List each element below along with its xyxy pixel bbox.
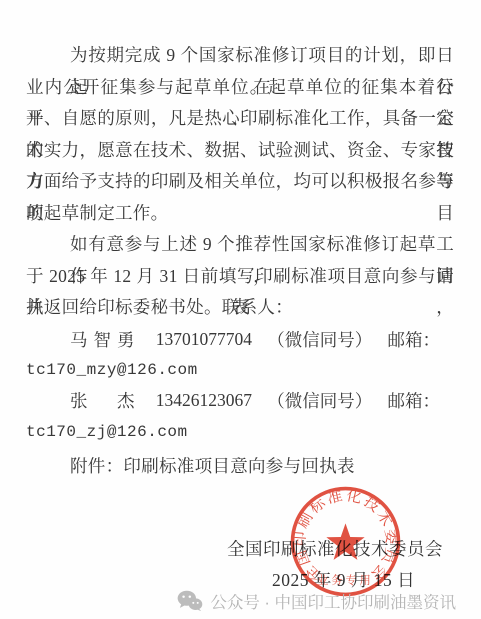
body-line: 业内公开征集参与起草单位。起草单位的征集本着公开、公 (26, 72, 454, 104)
contact-row: 马智勇 13701077704 （微信同号） 邮箱： (26, 324, 454, 356)
attachment-note: 附件：印刷标准项目意向参与回执表 (26, 451, 454, 483)
contact-name: 马智勇 (70, 327, 141, 352)
contact-wechat-note: （微信同号） (267, 327, 372, 352)
body-line: 方面给予支持的印刷及相关单位，均可以积极报名参与项目 (26, 166, 454, 198)
contact-wechat-note: （微信同号） (267, 388, 372, 413)
official-seal: 全国印刷标准化技术委员会 业务专用 (287, 483, 404, 600)
body-line: 为按期完成 9 个国家标准修订项目的计划，即日起在行 (26, 40, 454, 72)
contact-phone: 13426123067 (156, 390, 252, 411)
seal-bottom-text: 业务专用 (317, 573, 373, 587)
contact-phone: 13701077704 (156, 329, 252, 350)
contact-email-label: 邮箱： (388, 327, 441, 352)
body-line: 平、自愿的原则，凡是热心印刷标准化工作，具备一定的技 (26, 103, 454, 135)
body-line: 于 2025 年 12 月 31 日前填写印刷标准项目意向参与回执表， (26, 261, 454, 293)
wechat-icon (177, 590, 203, 612)
contact-email: tc170_mzy@126.com (26, 355, 454, 385)
watermark-label: 公众号 · 中国印工协印刷油墨资讯 (210, 589, 456, 613)
document-body: 为按期完成 9 个国家标准修订项目的计划，即日起在行 业内公开征集参与起草单位。… (26, 40, 454, 482)
body-line: 术实力，愿意在技术、数据、试验测试、资金、专家智力等 (26, 135, 454, 167)
document-page: 为按期完成 9 个国家标准修订项目的计划，即日起在行 业内公开征集参与起草单位。… (0, 0, 481, 619)
contact-row: 张 杰 13426123067 （微信同号） 邮箱： (26, 385, 454, 417)
wechat-watermark: 公众号 · 中国印工协印刷油墨资讯 (177, 589, 456, 613)
seal-star-icon (326, 523, 364, 560)
contact-email-label: 邮箱： (388, 388, 441, 413)
contact-name: 张 杰 (70, 388, 141, 413)
body-line: 如有意参与上述 9 个推荐性国家标准修订起草工作，请 (26, 229, 454, 261)
contact-email: tc170_zj@126.com (26, 417, 454, 447)
